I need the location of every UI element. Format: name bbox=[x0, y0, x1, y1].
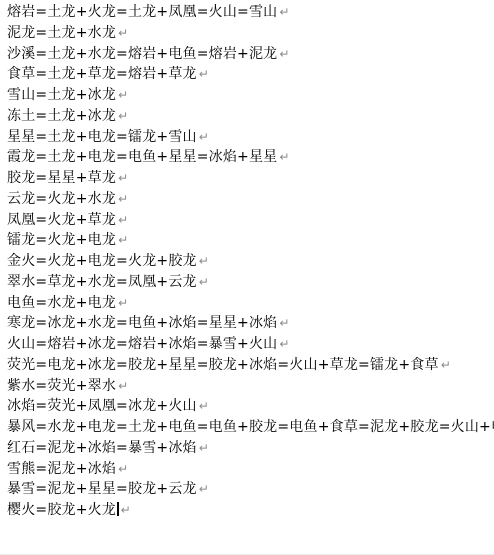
formula-line-text[interactable]: 暴雪=泥龙+星星=胶龙+云龙 bbox=[7, 481, 197, 497]
formula-line-text[interactable]: 胶龙=星星+草龙 bbox=[7, 170, 116, 186]
formula-line[interactable]: 沙溪=土龙+水龙=熔岩+电鱼=熔岩+泥龙↵ bbox=[7, 44, 494, 65]
formula-line[interactable]: 火山=熔岩+冰龙=熔岩+冰焰=暴雪+火山↵ bbox=[7, 334, 494, 355]
paragraph-mark-icon: ↵ bbox=[279, 316, 289, 330]
formula-line-text[interactable]: 云龙=火龙+水龙 bbox=[7, 191, 116, 207]
formula-line-text[interactable]: 霞龙=土龙+电龙=电鱼+星星=冰焰+星星 bbox=[7, 149, 277, 165]
formula-line[interactable]: 霞龙=土龙+电龙=电鱼+星星=冰焰+星星↵ bbox=[7, 147, 494, 168]
formula-line-text[interactable]: 泥龙=土龙+水龙 bbox=[7, 25, 116, 41]
formula-line-text[interactable]: 火山=熔岩+冰龙=熔岩+冰焰=暴雪+火山 bbox=[7, 336, 277, 352]
paragraph-mark-icon: ↵ bbox=[199, 482, 209, 496]
paragraph-mark-icon: ↵ bbox=[199, 275, 209, 289]
paragraph-mark-icon: ↵ bbox=[118, 213, 128, 227]
formula-line[interactable]: 食草=土龙+草龙=熔岩+草龙↵ bbox=[7, 64, 494, 85]
formula-line[interactable]: 紫水=荧光+翠水↵ bbox=[7, 376, 494, 397]
formula-line-text[interactable]: 熔岩=土龙+火龙=土龙+凤凰=火山=雪山 bbox=[7, 4, 277, 20]
paragraph-mark-icon: ↵ bbox=[118, 296, 128, 310]
paragraph-mark-icon: ↵ bbox=[199, 254, 209, 268]
formula-line[interactable]: 凤凰=火龙+草龙↵ bbox=[7, 210, 494, 231]
paragraph-mark-icon: ↵ bbox=[118, 233, 128, 247]
formula-line[interactable]: 冻土=土龙+冰龙↵ bbox=[7, 106, 494, 127]
paragraph-mark-icon: ↵ bbox=[279, 47, 289, 61]
paragraph-mark-icon: ↵ bbox=[118, 26, 128, 40]
formula-line-text[interactable]: 红石=泥龙+冰焰=暴雪+冰焰 bbox=[7, 440, 197, 456]
formula-line[interactable]: 泥龙=土龙+水龙↵ bbox=[7, 23, 494, 44]
formula-line-text[interactable]: 寒龙=冰龙+水龙=电鱼+冰焰=星星+冰焰 bbox=[7, 315, 277, 331]
document-lines: 熔岩=土龙+火龙=土龙+凤凰=火山=雪山↵ 泥龙=土龙+水龙↵ 沙溪=土龙+水龙… bbox=[7, 2, 494, 521]
paragraph-mark-icon: ↵ bbox=[199, 130, 209, 144]
formula-line[interactable]: 红石=泥龙+冰焰=暴雪+冰焰↵ bbox=[7, 438, 494, 459]
paragraph-mark-icon: ↵ bbox=[118, 171, 128, 185]
paragraph-mark-icon: ↵ bbox=[118, 462, 128, 476]
paragraph-mark-icon: ↵ bbox=[199, 67, 209, 81]
formula-line-text[interactable]: 冻土=土龙+冰龙 bbox=[7, 108, 116, 124]
formula-line-text[interactable]: 冰焰=荧光+凤凰=冰龙+火山 bbox=[7, 398, 197, 414]
formula-line[interactable]: 电鱼=水龙+电龙↵ bbox=[7, 293, 494, 314]
formula-line[interactable]: 寒龙=冰龙+水龙=电鱼+冰焰=星星+冰焰↵ bbox=[7, 313, 494, 334]
formula-line[interactable]: 熔岩=土龙+火龙=土龙+凤凰=火山=雪山↵ bbox=[7, 2, 494, 23]
formula-line[interactable]: 镭龙=火龙+电龙↵ bbox=[7, 230, 494, 251]
paragraph-mark-icon: ↵ bbox=[199, 399, 209, 413]
formula-line-text[interactable]: 镭龙=火龙+电龙 bbox=[7, 232, 116, 248]
formula-line-text[interactable]: 金火=火龙+电龙=火龙+胶龙 bbox=[7, 253, 197, 269]
formula-line[interactable]: 暴雪=泥龙+星星=胶龙+云龙↵ bbox=[7, 479, 494, 500]
formula-line[interactable]: 金火=火龙+电龙=火龙+胶龙↵ bbox=[7, 251, 494, 272]
text-cursor bbox=[117, 502, 119, 516]
paragraph-mark-icon: ↵ bbox=[279, 337, 289, 351]
paragraph-mark-icon: ↵ bbox=[279, 150, 289, 164]
formula-line[interactable]: 云龙=火龙+水龙↵ bbox=[7, 189, 494, 210]
formula-line-text[interactable]: 沙溪=土龙+水龙=熔岩+电鱼=熔岩+泥龙 bbox=[7, 46, 277, 62]
formula-line[interactable]: 冰焰=荧光+凤凰=冰龙+火山↵ bbox=[7, 396, 494, 417]
paragraph-mark-icon: ↵ bbox=[279, 5, 289, 19]
formula-line[interactable]: 荧光=电龙+冰龙=胶龙+星星=胶龙+冰焰=火山+草龙=镭龙+食草↵ bbox=[7, 355, 494, 376]
formula-line-text[interactable]: 凤凰=火龙+草龙 bbox=[7, 212, 116, 228]
formula-line[interactable]: 樱火=胶龙+火龙↵ bbox=[7, 500, 494, 521]
formula-line-text[interactable]: 雪熊=泥龙+冰焰 bbox=[7, 461, 116, 477]
formula-line[interactable]: 雪山=土龙+冰龙↵ bbox=[7, 85, 494, 106]
formula-line-text[interactable]: 荧光=电龙+冰龙=胶龙+星星=胶龙+冰焰=火山+草龙=镭龙+食草 bbox=[7, 357, 439, 373]
formula-line-text[interactable]: 食草=土龙+草龙=熔岩+草龙 bbox=[7, 66, 197, 82]
formula-line[interactable]: 暴风=水龙+电龙=土龙+电鱼=电鱼+胶龙=电鱼+食草=泥龙+胶龙=火山+电鱼↵ bbox=[7, 417, 494, 438]
formula-line-text[interactable]: 紫水=荧光+翠水 bbox=[7, 378, 116, 394]
formula-line[interactable]: 胶龙=星星+草龙↵ bbox=[7, 168, 494, 189]
formula-line-text[interactable]: 星星=土龙+电龙=镭龙+雪山 bbox=[7, 129, 197, 145]
document-page[interactable]: 熔岩=土龙+火龙=土龙+凤凰=火山=雪山↵ 泥龙=土龙+水龙↵ 沙溪=土龙+水龙… bbox=[0, 0, 494, 555]
paragraph-mark-icon: ↵ bbox=[199, 441, 209, 455]
formula-line-text[interactable]: 电鱼=水龙+电龙 bbox=[7, 295, 116, 311]
formula-line-text[interactable]: 翠水=草龙+水龙=凤凰+云龙 bbox=[7, 274, 197, 290]
paragraph-mark-icon: ↵ bbox=[118, 192, 128, 206]
formula-line[interactable]: 雪熊=泥龙+冰焰↵ bbox=[7, 459, 494, 480]
paragraph-mark-icon: ↵ bbox=[118, 88, 128, 102]
paragraph-mark-icon: ↵ bbox=[121, 503, 131, 517]
paragraph-mark-icon: ↵ bbox=[118, 379, 128, 393]
paragraph-mark-icon: ↵ bbox=[118, 109, 128, 123]
formula-line[interactable]: 翠水=草龙+水龙=凤凰+云龙↵ bbox=[7, 272, 494, 293]
paragraph-mark-icon: ↵ bbox=[441, 358, 451, 372]
formula-line-text[interactable]: 樱火=胶龙+火龙 bbox=[7, 502, 116, 518]
formula-line-text[interactable]: 雪山=土龙+冰龙 bbox=[7, 87, 116, 103]
formula-line[interactable]: 星星=土龙+电龙=镭龙+雪山↵ bbox=[7, 127, 494, 148]
formula-line-text[interactable]: 暴风=水龙+电龙=土龙+电鱼=电鱼+胶龙=电鱼+食草=泥龙+胶龙=火山+电鱼 bbox=[7, 419, 494, 435]
